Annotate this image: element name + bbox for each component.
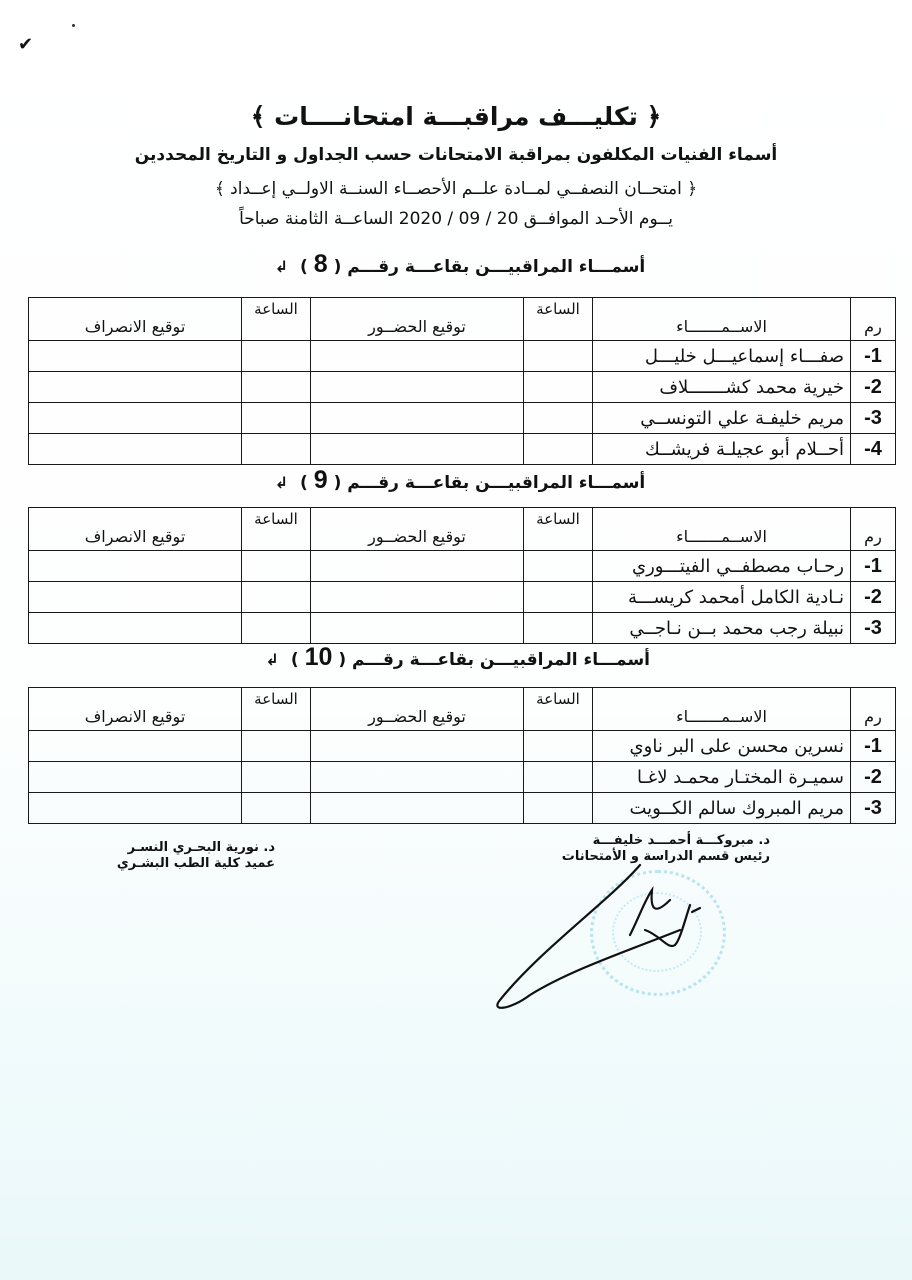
departure-time-cell: [242, 793, 311, 824]
departure-signature-cell: [29, 793, 242, 824]
col-header-no: رم: [851, 508, 896, 551]
ink-dot: [72, 24, 75, 27]
time-cell: [524, 762, 593, 793]
signatory-name: د. نورية البحـري النسـر: [130, 840, 275, 856]
proctor-name: مريم المبروك سالم الكــويت: [593, 793, 851, 824]
row-number: 1-: [851, 551, 896, 582]
time-cell: [524, 341, 593, 372]
document-title: ﴿ تكليـــف مراقبـــة امتحانــــات ﴾: [0, 102, 912, 131]
table-header-row: رم الاســمـــــــاء الساعة توقيع الحضــو…: [29, 508, 896, 551]
table-row: 1- رحـاب مصطفــي الفيتـــوري: [29, 551, 896, 582]
col-header-departure-signature: توقيع الانصراف: [29, 508, 242, 551]
row-number: 1-: [851, 341, 896, 372]
col-header-no: رم: [851, 298, 896, 341]
signatory-dean: د. نورية البحـري النسـر عميد كلية الطب ا…: [130, 840, 275, 872]
signatory-name: د. مبروكـــة أحمـــد خليفـــة: [540, 833, 770, 849]
table-row: 3- نبيلة رجب محمد بــن نـاجــي: [29, 613, 896, 644]
table-row: 2- سميـرة المختـار محمـد لاغـا: [29, 762, 896, 793]
departure-signature-cell: [29, 762, 242, 793]
room-heading-close: ): [300, 473, 308, 493]
col-header-departure-time: الساعة: [242, 298, 311, 341]
departure-time-cell: [242, 613, 311, 644]
room-10-table: رم الاســمـــــــاء الساعة توقيع الحضــو…: [28, 687, 896, 824]
time-cell: [524, 731, 593, 762]
exam-date-time: يــوم الأحـد الموافــق 20 / 09 / 2020 ال…: [0, 209, 912, 229]
room-8-heading: أسمـــاء المراقبيـــن بقاعـــة رقـــم ( …: [270, 250, 650, 279]
row-number: 2-: [851, 582, 896, 613]
room-heading-close: ): [300, 257, 308, 277]
attendance-signature-cell: [311, 551, 524, 582]
departure-time-cell: [242, 762, 311, 793]
col-header-departure-signature: توقيع الانصراف: [29, 688, 242, 731]
col-header-time: الساعة: [524, 688, 593, 731]
room-8-table: رم الاســمـــــــاء الساعة توقيع الحضــو…: [28, 297, 896, 465]
time-cell: [524, 403, 593, 434]
attendance-signature-cell: [311, 582, 524, 613]
proctor-name: أحــلام أبو عجيلـة فريشــك: [593, 434, 851, 465]
row-number: 3-: [851, 613, 896, 644]
col-header-name: الاســمـــــــاء: [593, 688, 851, 731]
time-cell: [524, 613, 593, 644]
departure-signature-cell: [29, 372, 242, 403]
proctor-name: نـادية الكامل أمحمد كريســـة: [593, 582, 851, 613]
room-heading-label: أسمـــاء المراقبيـــن بقاعـــة رقـــم (: [338, 650, 650, 670]
col-header-time: الساعة: [524, 298, 593, 341]
row-number: 3-: [851, 403, 896, 434]
col-header-attendance-signature: توقيع الحضــور: [311, 298, 524, 341]
attendance-signature-cell: [311, 403, 524, 434]
col-header-attendance-signature: توقيع الحضــور: [311, 508, 524, 551]
row-number: 3-: [851, 793, 896, 824]
departure-time-cell: [242, 551, 311, 582]
table-row: 3- مريم خليفـة علي التونســي: [29, 403, 896, 434]
proctor-name: نسرين محسن على البر ناوي: [593, 731, 851, 762]
time-cell: [524, 551, 593, 582]
table-header-row: رم الاســمـــــــاء الساعة توقيع الحضــو…: [29, 688, 896, 731]
check-mark-icon: ✔: [18, 34, 33, 55]
departure-time-cell: [242, 403, 311, 434]
row-number: 4-: [851, 434, 896, 465]
return-arrow-icon: ↲: [275, 473, 288, 492]
room-heading-label: أسمـــاء المراقبيـــن بقاعـــة رقـــم (: [334, 257, 646, 277]
table-row: 1- صفـــاء إسماعيـــل خليـــل: [29, 341, 896, 372]
col-header-time: الساعة: [524, 508, 593, 551]
room-heading-close: ): [291, 650, 299, 670]
departure-time-cell: [242, 582, 311, 613]
departure-signature-cell: [29, 551, 242, 582]
room-number: 9: [314, 466, 328, 494]
table-row: 4- أحــلام أبو عجيلـة فريشــك: [29, 434, 896, 465]
departure-signature-cell: [29, 731, 242, 762]
attendance-signature-cell: [311, 341, 524, 372]
document-subtitle: أسماء الفنيات المكلفون بمراقبة الامتحانا…: [0, 145, 912, 165]
table-header-row: رم الاســمـــــــاء الساعة توقيع الحضــو…: [29, 298, 896, 341]
row-number: 1-: [851, 731, 896, 762]
col-header-no: رم: [851, 688, 896, 731]
proctor-name: خيرية محمد كشـــــــلاف: [593, 372, 851, 403]
departure-time-cell: [242, 434, 311, 465]
attendance-signature-cell: [311, 613, 524, 644]
proctor-name: نبيلة رجب محمد بــن نـاجــي: [593, 613, 851, 644]
attendance-signature-cell: [311, 731, 524, 762]
col-header-name: الاســمـــــــاء: [593, 508, 851, 551]
time-cell: [524, 372, 593, 403]
attendance-signature-cell: [311, 793, 524, 824]
row-number: 2-: [851, 372, 896, 403]
return-arrow-icon: ↲: [266, 650, 279, 669]
room-number: 10: [305, 643, 333, 671]
signatory-role: عميد كلية الطب البشـري: [130, 856, 275, 872]
attendance-signature-cell: [311, 372, 524, 403]
departure-signature-cell: [29, 403, 242, 434]
row-number: 2-: [851, 762, 896, 793]
col-header-departure-signature: توقيع الانصراف: [29, 298, 242, 341]
time-cell: [524, 434, 593, 465]
exam-description: ﴿ امتحــان النصفــي لمــادة علــم الأحصـ…: [0, 178, 912, 199]
room-10-heading: أسمـــاء المراقبيـــن بقاعـــة رقـــم ( …: [270, 643, 650, 672]
time-cell: [524, 582, 593, 613]
return-arrow-icon: ↲: [275, 257, 288, 276]
col-header-departure-time: الساعة: [242, 688, 311, 731]
table-row: 1- نسرين محسن على البر ناوي: [29, 731, 896, 762]
departure-signature-cell: [29, 582, 242, 613]
time-cell: [524, 793, 593, 824]
departure-signature-cell: [29, 341, 242, 372]
room-number: 8: [314, 250, 328, 278]
room-heading-label: أسمـــاء المراقبيـــن بقاعـــة رقـــم (: [334, 473, 646, 493]
departure-time-cell: [242, 372, 311, 403]
table-row: 2- نـادية الكامل أمحمد كريســـة: [29, 582, 896, 613]
col-header-name: الاســمـــــــاء: [593, 298, 851, 341]
departure-signature-cell: [29, 613, 242, 644]
col-header-attendance-signature: توقيع الحضــور: [311, 688, 524, 731]
room-9-heading: أسمـــاء المراقبيـــن بقاعـــة رقـــم ( …: [270, 466, 650, 495]
table-row: 2- خيرية محمد كشـــــــلاف: [29, 372, 896, 403]
col-header-departure-time: الساعة: [242, 508, 311, 551]
handwritten-signature: [480, 860, 780, 1020]
proctor-name: مريم خليفـة علي التونســي: [593, 403, 851, 434]
table-row: 3- مريم المبروك سالم الكــويت: [29, 793, 896, 824]
departure-time-cell: [242, 341, 311, 372]
attendance-signature-cell: [311, 762, 524, 793]
departure-signature-cell: [29, 434, 242, 465]
proctor-name: سميـرة المختـار محمـد لاغـا: [593, 762, 851, 793]
departure-time-cell: [242, 731, 311, 762]
proctor-name: رحـاب مصطفــي الفيتـــوري: [593, 551, 851, 582]
attendance-signature-cell: [311, 434, 524, 465]
proctor-name: صفـــاء إسماعيـــل خليـــل: [593, 341, 851, 372]
room-9-table: رم الاســمـــــــاء الساعة توقيع الحضــو…: [28, 507, 896, 644]
